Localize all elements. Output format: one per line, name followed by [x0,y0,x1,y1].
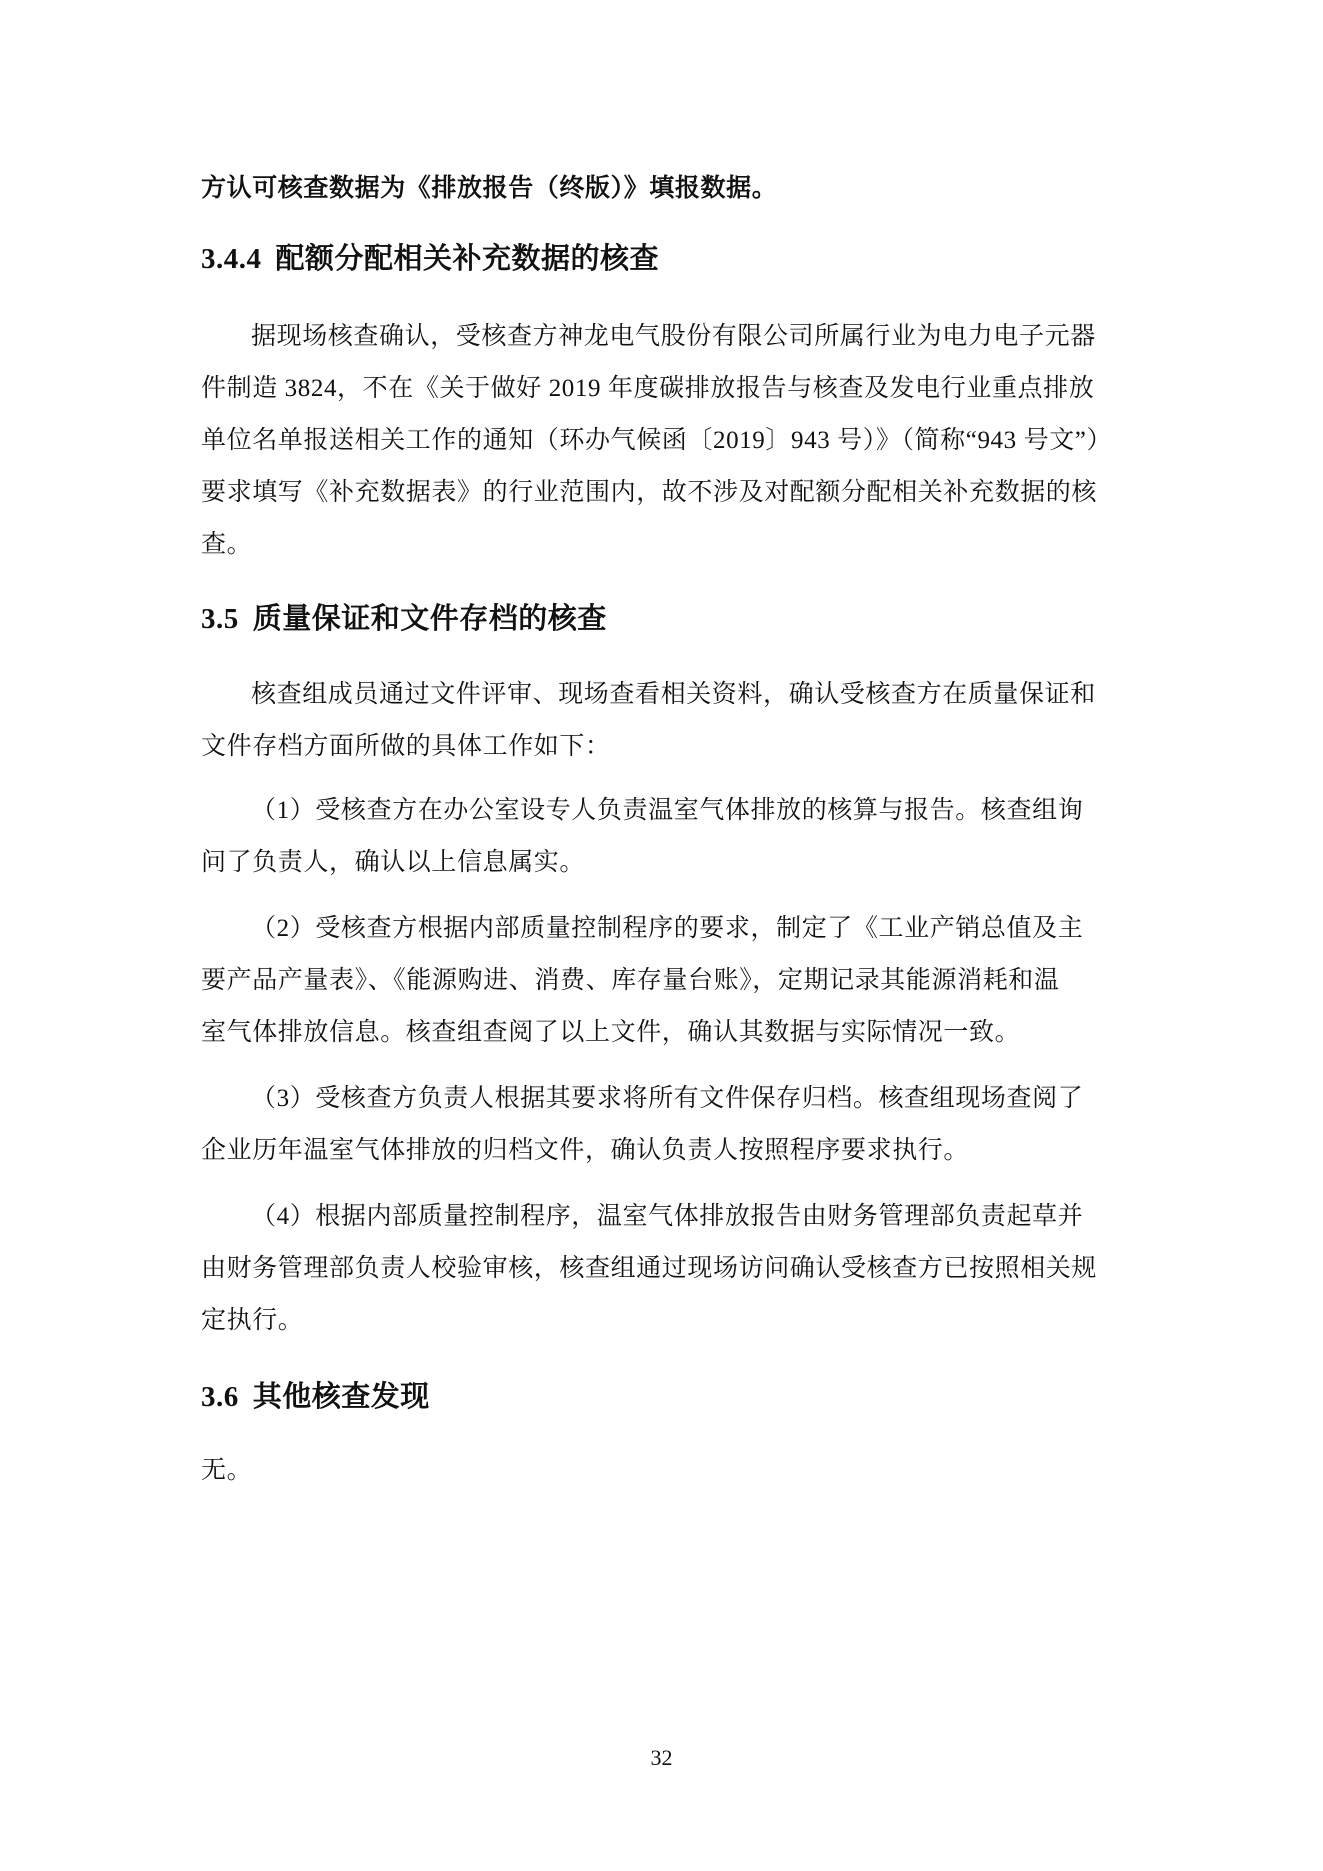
paragraph-line: （4）根据内部质量控制程序，温室气体排放报告由财务管理部负责起草并 [251,1202,1083,1232]
paragraph-line: 要产品产量表》、《能源购进、消费、库存量台账》，定期记录其能源消耗和温 [201,966,1060,996]
paragraph-line: 据现场核查确认，受核查方神龙电气股份有限公司所属行业为电力电子元器 [251,322,1096,352]
section-number: 3.6 [201,1381,239,1413]
page-number: 32 [0,1745,1323,1771]
paragraph-line: 室气体排放信息。核查组查阅了以上文件，确认其数据与实际情况一致。 [201,1018,1020,1048]
paragraph-line: 企业历年温室气体排放的归档文件，确认负责人按照程序要求执行。 [201,1136,969,1166]
paragraph-line: 方认可核查数据为《排放报告（终版）》填报数据。 [201,174,777,204]
paragraph-line: 问了负责人，确认以上信息属实。 [201,848,585,878]
section-title: 配额分配相关补充数据的核查 [276,243,660,275]
section-number: 3.5 [201,603,239,635]
section-title: 质量保证和文件存档的核查 [253,603,607,635]
paragraph-line: 定执行。 [201,1306,303,1336]
paragraph-line: 要求填写《补充数据表》的行业范围内，故不涉及对配额分配相关补充数据的核 [201,478,1097,508]
paragraph-line: 查。 [201,530,252,560]
paragraph-line: 件制造 3824，不在《关于做好 2019 年度碳排放报告与核查及发电行业重点排… [201,374,1094,404]
paragraph-line: （3）受核查方负责人根据其要求将所有文件保存归档。核查组现场查阅了 [251,1084,1083,1114]
section-title: 其他核查发现 [253,1381,430,1413]
paragraph-line: 文件存档方面所做的具体工作如下： [201,732,611,762]
section-number: 3.4.4 [201,243,262,275]
paragraph-line: （1）受核查方在办公室设专人负责温室气体排放的核算与报告。核查组询 [251,796,1083,826]
document-page: 方认可核查数据为《排放报告（终版）》填报数据。 3.4.4配额分配相关补充数据的… [0,0,1323,1871]
paragraph-line: 无。 [201,1456,252,1486]
paragraph-line: 由财务管理部负责人校验审核，核查组通过现场访问确认受核查方已按照相关规 [201,1254,1097,1284]
paragraph-line: （2）受核查方根据内部质量控制程序的要求，制定了《工业产销总值及主 [251,914,1083,944]
paragraph-line: 核查组成员通过文件评审、现场查看相关资料，确认受核查方在质量保证和 [251,680,1096,710]
paragraph-line: 单位名单报送相关工作的通知（环办气候函〔2019〕943 号）》（简称“943 … [201,426,1112,456]
